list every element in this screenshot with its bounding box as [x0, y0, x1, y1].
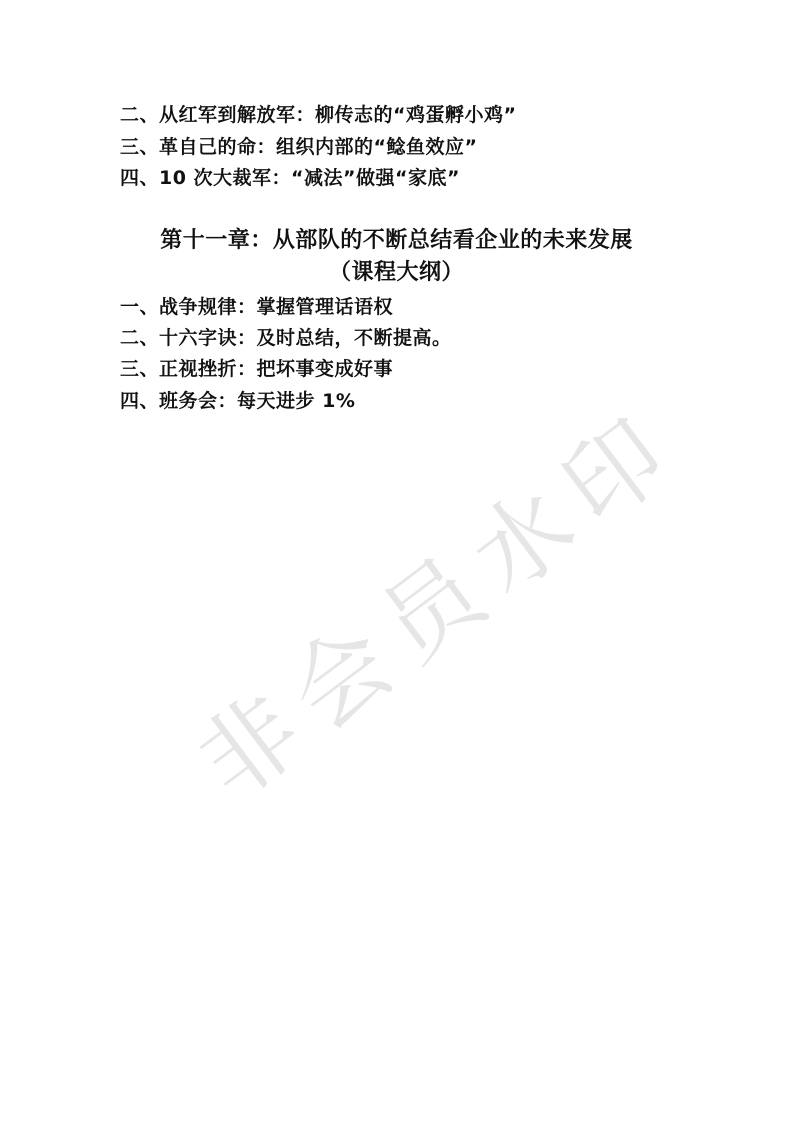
chapter-title: 第十一章：从部队的不断总结看企业的未来发展 [0, 227, 793, 255]
list-item: 一、战争规律：掌握管理话语权 [120, 295, 393, 319]
document-page: 非会员水印 二、从红军到解放军：柳传志的“鸡蛋孵小鸡” 三、革自己的命：组织内部… [0, 0, 793, 1122]
watermark: 非会员水印 [166, 372, 704, 824]
list-item: 三、正视挫折：把坏事变成好事 [120, 357, 393, 381]
list-item: 四、班务会：每天进步 1% [120, 389, 355, 413]
chapter-subtitle: （课程大纲） [0, 259, 793, 287]
list-item: 四、10 次大裁军：“减法”做强“家底” [120, 166, 460, 190]
list-item: 三、革自己的命：组织内部的“鲶鱼效应” [120, 135, 477, 159]
list-item: 二、从红军到解放军：柳传志的“鸡蛋孵小鸡” [120, 103, 516, 127]
list-item: 二、十六字诀：及时总结，不断提高。 [120, 326, 452, 350]
